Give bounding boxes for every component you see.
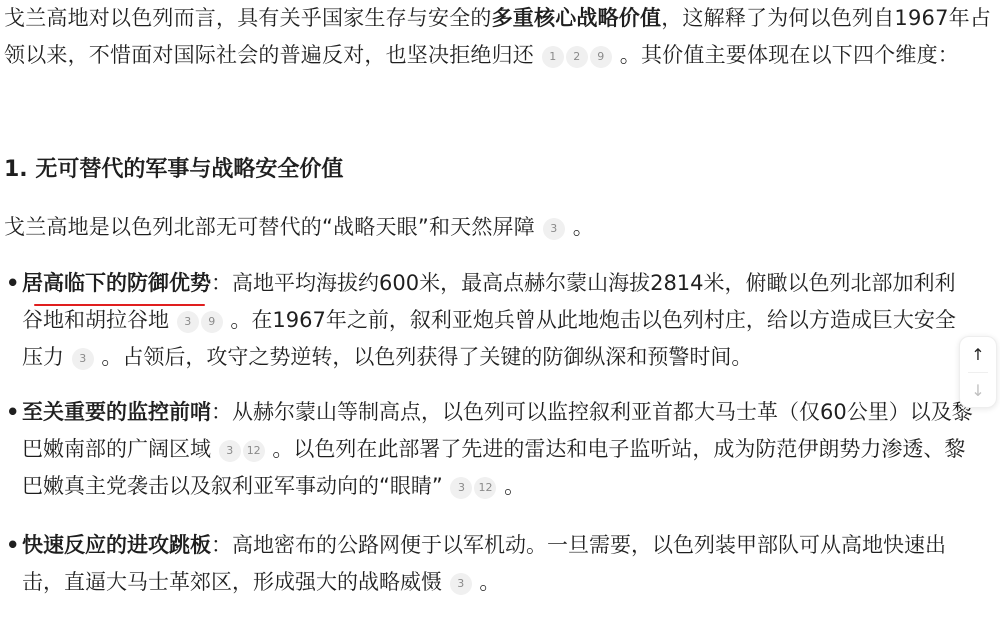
citation-badge[interactable]: 3 — [543, 218, 565, 240]
citation-badge[interactable]: 3 — [219, 440, 241, 462]
citation-badge[interactable]: 9 — [201, 311, 223, 333]
bullet-item: • 快速反应的进攻跳板：高地密布的公路网便于以军机动。一旦需要，以色列装甲部队可… — [4, 527, 974, 601]
arrow-up-icon: ↑ — [971, 345, 984, 364]
scroll-down-button[interactable]: ↓ — [960, 373, 996, 408]
bullet-text: 。 — [504, 474, 525, 498]
bullet-title: 至关重要的监控前哨 — [22, 400, 211, 424]
arrow-down-icon: ↓ — [971, 381, 984, 400]
citation-badge[interactable]: 12 — [474, 477, 496, 499]
bullet-title: 快速反应的进攻跳板 — [22, 533, 211, 557]
citation-badge[interactable]: 3 — [450, 573, 472, 595]
citation-badge[interactable]: 9 — [590, 46, 612, 68]
bullet-item: • 至关重要的监控前哨：从赫尔蒙山等制高点，以色列可以监控叙利亚首都大马士革（仅… — [4, 394, 974, 505]
scroll-up-button[interactable]: ↑ — [960, 337, 996, 372]
bullet-item: • 居高临下的防御优势：高地平均海拔约600米，最高点赫尔蒙山海拔2814米，俯… — [4, 265, 974, 376]
citation-badge[interactable]: 3 — [72, 348, 94, 370]
bullet-dot: • — [6, 265, 19, 302]
lead-end: 。 — [573, 215, 594, 239]
section-heading: 1. 无可替代的军事与战略安全价值 — [4, 152, 343, 188]
intro-text-1: 戈兰高地对以色列而言，具有关乎国家生存与安全的 — [4, 6, 492, 30]
citation-badge[interactable]: 3 — [450, 477, 472, 499]
citation-badge[interactable]: 2 — [566, 46, 588, 68]
bullet-text: 。占领后，攻守之势逆转，以色列获得了关键的防御纵深和预警时间。 — [101, 345, 752, 369]
section-lead: 戈兰高地是以色列北部无可替代的“战略天眼”和天然屏障 3 。 — [4, 209, 996, 246]
citation-badge[interactable]: 12 — [243, 440, 265, 462]
citation-badge[interactable]: 1 — [542, 46, 564, 68]
intro-paragraph: 戈兰高地对以色列而言，具有关乎国家生存与安全的多重核心战略价值，这解释了为何以色… — [4, 0, 996, 74]
intro-text-3: 。其价值主要体现在以下四个维度： — [620, 43, 959, 67]
bullet-dot: • — [6, 394, 19, 431]
scroll-controls: ↑ ↓ — [959, 336, 997, 408]
bullet-text: 。 — [479, 570, 500, 594]
lead-text: 戈兰高地是以色列北部无可替代的“战略天眼”和天然屏障 — [4, 215, 535, 239]
bullet-dot: • — [6, 527, 19, 564]
citation-badge[interactable]: 3 — [177, 311, 199, 333]
bullet-title: 居高临下的防御优势 — [22, 265, 211, 302]
intro-bold: 多重核心战略价值 — [492, 6, 662, 30]
